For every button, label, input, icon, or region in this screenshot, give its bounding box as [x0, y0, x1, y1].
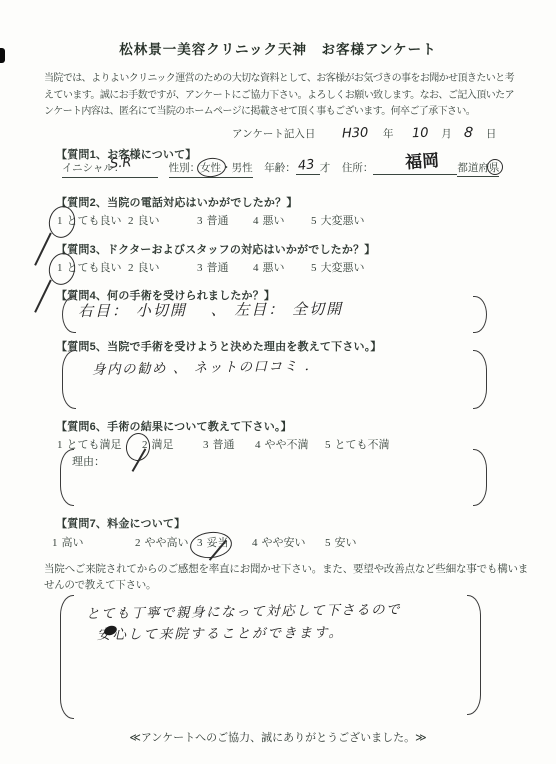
prefecture-circle-mark: 県 [489, 160, 500, 175]
date-era-year-handwritten: H30 [342, 126, 369, 142]
q5-heading: 【質問5、当院で手術を受けようと決めた理由を教えて下さい。】 [56, 338, 382, 354]
q2-heading: 【質問2、当院の電話対応はいかがでしたか？】 [56, 194, 298, 210]
age-suffix: 才 [320, 163, 331, 174]
q2-option-3: 3普通 [197, 212, 229, 228]
comment-line2-handwritten: 安心して来院することができます。 [97, 621, 344, 643]
q5-bracket-right [473, 350, 487, 409]
q7-options-row: 1高い 2やや高い 3妥当 4やや安い 5安い [52, 534, 452, 550]
q3-option-2: 2良い [128, 259, 160, 275]
q6-heading: 【質問6、手術の結果について教えて下さい。】 [56, 418, 292, 434]
initial-value-handwritten: S.R [110, 155, 132, 171]
q7-option-3: 3妥当 [197, 537, 229, 549]
footer-thanks: ≪アンケートへのご協力、誠にありがとうございました。≫ [0, 729, 556, 745]
q3-options-row: 1とても良い 2良い 3普通 4悪い 5大変悪い [57, 259, 437, 275]
q4-bracket-left [62, 296, 76, 333]
q3-option-5: 5大変悪い [311, 259, 365, 275]
gender-female-circle-mark: 女性 [200, 160, 221, 175]
comments-bracket-right [467, 595, 481, 715]
q6-reason-label: 理由： [72, 453, 105, 469]
q7-option-1: 1高い [52, 534, 84, 550]
date-year-suffix: 年 [383, 126, 394, 141]
gender-male: 男性 [232, 163, 253, 174]
q6-options-row: 1とても満足 2満足 3普通 4やや不満 5とても不満 [57, 436, 457, 452]
q2-option-1: 1とても良い [57, 215, 122, 227]
q2-option-2: 2良い [128, 212, 160, 228]
q3-heading: 【質問3、ドクターおよびスタッフの対応はいかがでしたか？】 [56, 241, 375, 257]
comments-bracket-left [60, 595, 74, 719]
intro-text: 当院では、よりよいクリニック運営のための大切な資料として、お客様がお気づきの事を… [44, 71, 514, 121]
q3-option-3: 3普通 [197, 259, 229, 275]
q7-option-2: 2やや高い [135, 534, 189, 550]
q3-option-4: 4悪い [253, 259, 285, 275]
date-month-suffix: 月 [441, 126, 452, 141]
q6-option-3: 3普通 [203, 436, 235, 452]
age-value-handwritten: 43 [297, 157, 315, 174]
q6-option-2: 2満足 [142, 439, 174, 451]
q2-option-5: 5大変悪い [311, 212, 365, 228]
date-label: アンケート記入日 [232, 126, 315, 141]
q6-reason-bracket-right [473, 449, 487, 506]
address-value-handwritten: 福岡 [405, 146, 441, 173]
q6-option-5: 5とても不満 [325, 436, 390, 452]
form-title: 松林景一美容クリニック天神 お客様アンケート [0, 38, 556, 58]
q7-option-4: 4やや安い [252, 534, 306, 550]
q5-answer-handwritten: 身内の勧め 、 ネットの口コミ ． [92, 354, 320, 378]
q7-option-5: 5安い [325, 534, 357, 550]
q4-answer-handwritten: 右目： 小切開 、 左目： 全切開 [78, 298, 343, 321]
date-row: アンケート記入日 H30 年 10 月 8 日 [232, 125, 496, 141]
address-suffix-circled: 県 [489, 163, 500, 174]
date-day-handwritten: 8 [464, 125, 475, 142]
q7-heading: 【質問7、料金について】 [56, 515, 185, 531]
date-month-handwritten: 10 [412, 126, 429, 142]
date-day-suffix: 日 [486, 126, 497, 141]
gender-female: 女性 [200, 163, 221, 174]
q2-option-4: 4悪い [253, 212, 285, 228]
q5-bracket-left [62, 350, 76, 409]
q6-option-1: 1とても満足 [57, 436, 122, 452]
gender-label: 性別： [169, 163, 201, 174]
q3-option-1: 1とても良い [57, 262, 122, 274]
address-label: 住所： [342, 163, 374, 174]
comment-line1-handwritten: とても丁寧で親身になって対応して下さるので [86, 598, 401, 622]
comments-prompt: 当院へご来院されてからのご感想を率直にお聞かせ下さい。また、要望や改善点など些細… [44, 562, 528, 593]
q4-bracket-right [473, 296, 487, 333]
q2-options-row: 1とても良い 2良い 3普通 4悪い 5大変悪い [57, 212, 437, 228]
address-suffix: 都道府 [457, 163, 489, 174]
age-label: 年齢： [264, 163, 296, 174]
q6-option-4: 4やや不満 [255, 436, 309, 452]
q1-row: イニシャル： S.R 性別：女性・男性 年齢：43才 住所：福岡都道府県 [62, 160, 499, 179]
